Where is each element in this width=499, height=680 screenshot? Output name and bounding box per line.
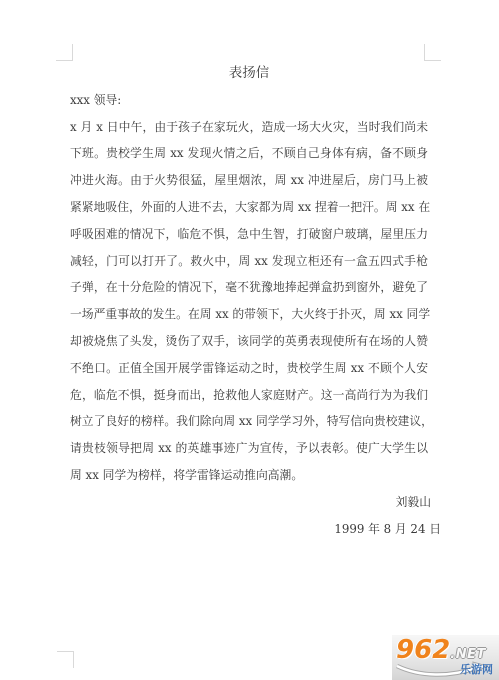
body-line: 树立了良好的榜样。我们除向周 xx 同学学习外，特写信向贵校建议，	[70, 408, 428, 435]
body-line: 不绝口。正值全国开展学雷锋运动之时，贵校学生周 xx 不顾个人安	[70, 355, 428, 382]
signature-name: 刘毅山	[70, 489, 441, 516]
body-line: 危，临危不惧，挺身而出，抢救他人家庭财产。这一高尚行为为我们	[70, 382, 428, 409]
text-boundary-mark-top-right	[424, 44, 441, 61]
body-line: 冲进火海。由于火势很猛，屋里烟浓，周 xx 冲进屋后，房门马上被	[70, 167, 428, 194]
body-line: 周 xx 同学为榜样，将学雷锋运动推向高潮。	[70, 462, 428, 489]
body-line: 紧紧地吸住，外面的人进不去，大家都为周 xx 捏着一把汗。周 xx 在	[70, 194, 428, 221]
body-line: 请贵枝领导把周 xx 的英雄事迹广为宣传，予以表彰。使广大学生以	[70, 435, 428, 462]
text-boundary-mark-top-left	[56, 44, 73, 61]
letter-title: 表扬信	[70, 60, 428, 87]
letter-salutation: xxx 领导:	[70, 87, 428, 114]
document-page: 表扬信 xxx 领导: x 月 x 日中午，由于孩子在家玩火，造成一场大火灾，当…	[0, 0, 499, 680]
text-boundary-mark-bottom-left	[57, 651, 74, 668]
watermark-site-name: 乐游网	[460, 661, 493, 677]
body-line: 却被烧焦了头发，烫伤了双手，该同学的英勇表现使所有在场的人赞	[70, 328, 428, 355]
body-line: x 月 x 日中午，由于孩子在家玩火，造成一场大火灾，当时我们尚未	[70, 114, 428, 141]
watermark-net-label: .NET	[450, 647, 486, 662]
watermark-962net-logo: 962 .NET 乐游网	[392, 635, 499, 680]
body-line: 减轻，门可以打开了。救火中，周 xx 发现立柜还有一盒五四式手枪	[70, 248, 428, 275]
body-line: 呼吸困难的情况下，临危不惧，急中生智，打破窗户玻璃，屋里压力	[70, 221, 428, 248]
body-line: 下班。贵校学生周 xx 发现火情之后，不顾自己身体有病，备不顾身	[70, 140, 428, 167]
letter-body: 表扬信 xxx 领导: x 月 x 日中午，由于孩子在家玩火，造成一场大火灾，当…	[70, 60, 428, 542]
body-line: 一场严重事故的发生。在周 xx 的带领下，大火终于扑灭，周 xx 同学	[70, 301, 428, 328]
body-line: 子弹，在十分危险的情况下，毫不犹豫地捧起弹盒扔到窗外，避免了	[70, 274, 428, 301]
watermark-number: 962	[396, 635, 450, 665]
signature-date: 1999 年 8 月 24 日	[70, 516, 441, 543]
